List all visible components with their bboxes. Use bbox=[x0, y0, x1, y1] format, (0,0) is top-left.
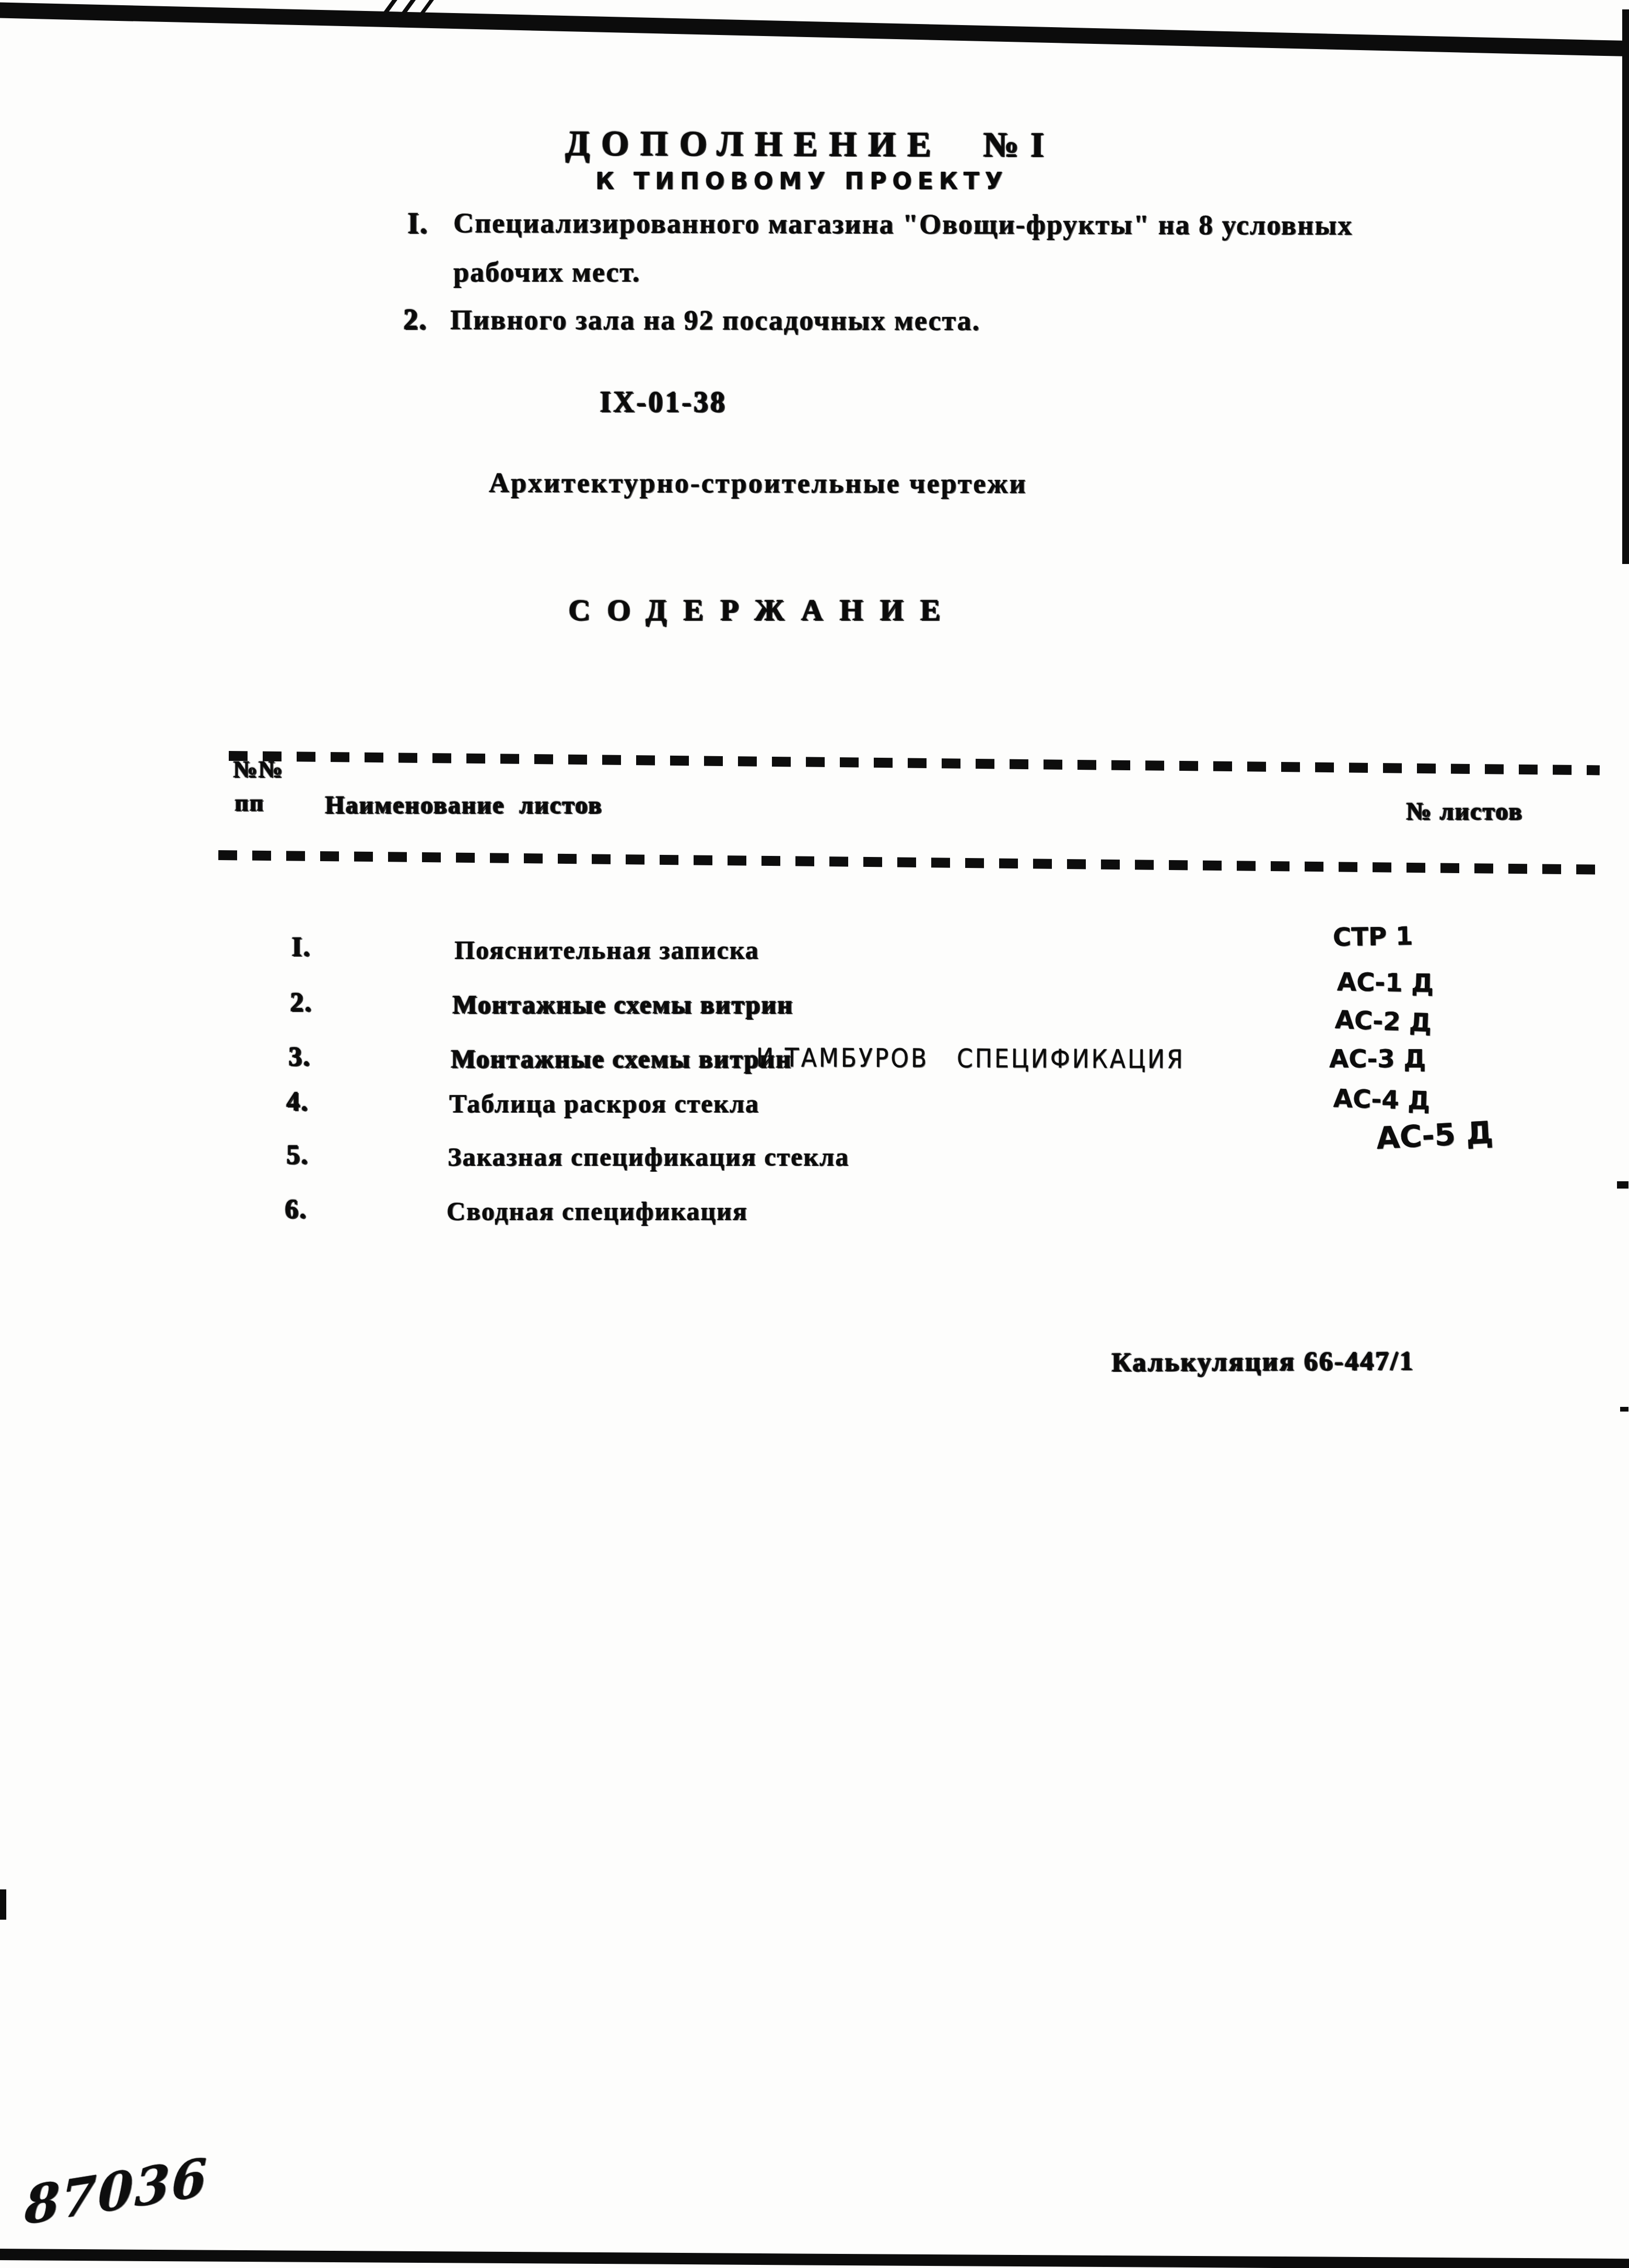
handwritten-inventory-number: 87036 bbox=[24, 2147, 209, 2237]
scanned-document-page: ДОПОЛНЕНИЕ №I К ТИПОВОМУ ПРОЕКТУ I. Спец… bbox=[0, 0, 1629, 2268]
scan-speck bbox=[0, 1889, 6, 1920]
column-header-name: Наименование листов bbox=[325, 791, 603, 819]
toc-row-title: Таблица раскроя стекла bbox=[449, 1088, 759, 1119]
column-header-number: №№ bbox=[233, 755, 283, 783]
preamble-item-text-line1: Специализированного магазина "Овощи-фрук… bbox=[453, 207, 1353, 242]
table-rule-bottom bbox=[218, 850, 1602, 875]
preamble-item-text-line1: Пивного зала на 92 посадочных места. bbox=[450, 303, 980, 337]
toc-row-sheet-ref: АС-5 Д bbox=[1375, 1114, 1494, 1156]
toc-row-sheet-ref: АС-1 Д bbox=[1337, 967, 1434, 998]
scan-edge-bottom-line bbox=[0, 2249, 1629, 2268]
document-subtitle: К ТИПОВОМУ ПРОЕКТУ bbox=[595, 168, 1009, 195]
column-header-number-line2: пп bbox=[235, 789, 264, 816]
toc-row-number: 2. bbox=[290, 987, 312, 1018]
toc-row-title: Сводная спецификация bbox=[447, 1196, 748, 1226]
project-code: IX-01-38 bbox=[600, 385, 727, 419]
drawings-set-title: Архитектурно-строительные чертежи bbox=[489, 466, 1027, 500]
preamble-item-number: I. bbox=[407, 207, 428, 240]
scan-speck bbox=[1620, 1407, 1628, 1412]
toc-row-number: 6. bbox=[285, 1194, 307, 1225]
scan-speck bbox=[1617, 1181, 1628, 1189]
document-title: ДОПОЛНЕНИЕ №I bbox=[565, 122, 1056, 165]
toc-row-title: Пояснительная записка bbox=[454, 935, 759, 965]
scan-edge-top-line bbox=[0, 2, 1629, 57]
column-header-sheets: № листов bbox=[1406, 797, 1523, 826]
table-rule-top bbox=[229, 751, 1600, 775]
toc-row-sheet-ref: АС-4 Д bbox=[1333, 1084, 1431, 1116]
calculation-reference: Калькуляция 66-447/1 bbox=[1111, 1345, 1415, 1378]
toc-row-sheet-ref: СТР 1 bbox=[1333, 922, 1413, 953]
scan-edge-right-strip bbox=[1622, 9, 1629, 564]
contents-title: СОДЕРЖАНИЕ bbox=[568, 592, 957, 627]
toc-row-number: I. bbox=[291, 932, 311, 962]
toc-row-number: 4. bbox=[286, 1086, 309, 1117]
toc-row-sheet-ref: АС-2 Д bbox=[1334, 1005, 1432, 1038]
toc-row-title: Монтажные схемы витрин bbox=[452, 989, 793, 1019]
preamble-item-number: 2. bbox=[403, 303, 427, 336]
toc-row-number: 3. bbox=[288, 1041, 311, 1072]
toc-row-title-note: И ТАМБУРОВ СПЕЦИФИКАЦИЯ bbox=[756, 1043, 1185, 1074]
toc-row-title: Монтажные схемы витрин bbox=[451, 1043, 792, 1074]
toc-row-title: Заказная спецификация стекла bbox=[448, 1142, 849, 1172]
preamble-item-text-line2: рабочих мест. bbox=[453, 256, 640, 288]
toc-row-number: 5. bbox=[286, 1139, 309, 1170]
toc-row-sheet-ref: АС-3 Д bbox=[1329, 1044, 1426, 1074]
